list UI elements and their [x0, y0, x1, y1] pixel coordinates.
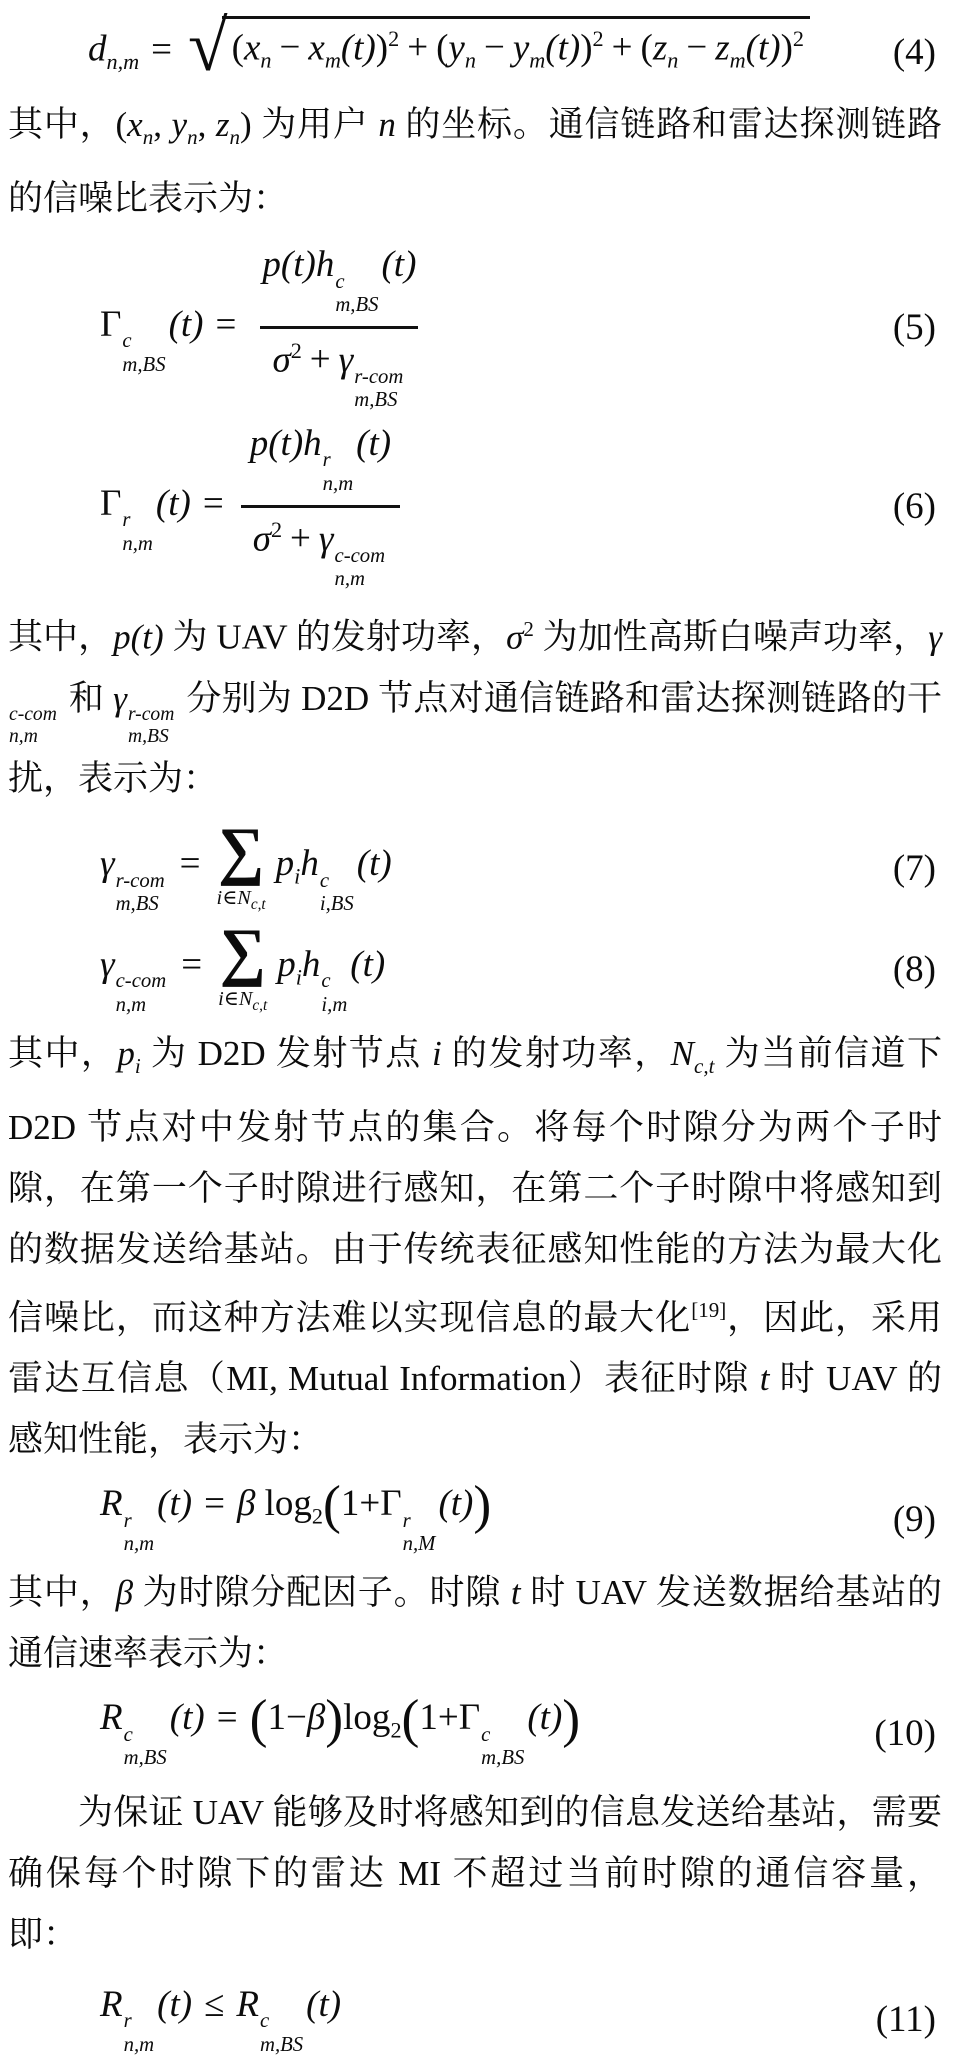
fraction: p(t)hrn,m(t)σ2+γc-comn,m: [238, 420, 403, 593]
math-sup: c-com: [116, 970, 167, 993]
math-var: p: [276, 843, 295, 884]
math-var: R: [236, 1984, 259, 2025]
math-var: R: [100, 1483, 123, 1524]
math-arg: (t): [356, 423, 391, 464]
math-sub: n: [143, 125, 154, 149]
math-arg: (t): [306, 1984, 341, 2025]
fraction: p(t)hcm,BS(t)σ2+γr-comm,BS: [250, 241, 428, 414]
paren: ): [473, 1475, 491, 1535]
math-sub: i,m: [321, 994, 347, 1017]
text-run: 为 D2D 发射节点: [141, 1034, 432, 1073]
paren: ): [781, 27, 793, 68]
math-sub: m,BS: [122, 354, 165, 377]
math-var: x: [127, 105, 143, 144]
math-sup: c: [122, 330, 131, 353]
math-var: h: [300, 843, 319, 884]
text-run: ,: [198, 105, 216, 144]
sum-limit: i∈Nc,t: [217, 888, 266, 912]
math-var: y: [513, 27, 529, 68]
math-var: Γ: [100, 304, 121, 345]
math-sub: n,m: [9, 726, 38, 748]
math-sup: 2: [593, 26, 604, 51]
text-run: 的发射功率，: [442, 1034, 671, 1073]
square-root: √(xn−xm(t))2+(yn−ym(t))2+(zn−zm(t))2: [188, 16, 810, 88]
math-var: z: [216, 105, 230, 144]
math-sup: c-com: [335, 545, 386, 568]
math-sub: n,m: [335, 568, 366, 591]
equation-6-body: Γrn,m(t)=p(t)hrn,m(t)σ2+γc-comn,m: [8, 420, 893, 593]
sigma-icon: ∑: [220, 922, 266, 984]
math-sub: m: [325, 48, 341, 73]
equals-sign: =: [168, 843, 213, 884]
math-var: x: [244, 27, 260, 68]
equation-7: γr-comm,BS=∑i∈Nc,tpihci,BS(t) (7): [8, 821, 942, 916]
math-arg: (t): [170, 1697, 205, 1738]
math-sub: m,BS: [481, 1747, 524, 1770]
math-sub: n,m: [107, 49, 140, 74]
math-sup: c: [124, 1724, 133, 1747]
math-sub: m: [529, 48, 545, 73]
equation-7-body: γr-comm,BS=∑i∈Nc,tpihci,BS(t): [8, 821, 893, 916]
math-arg: (t): [381, 244, 416, 285]
equation-4: dn,m=√(xn−xm(t))2+(yn−ym(t))2+(zn−zm(t))…: [8, 16, 942, 88]
math-var: t: [760, 1359, 770, 1398]
equation-4-body: dn,m=√(xn−xm(t))2+(yn−ym(t))2+(zn−zm(t))…: [8, 16, 893, 88]
equals-sign: =: [191, 483, 236, 524]
text-run: 的坐标。通信链路和雷达探测链路的信噪比表示为：: [8, 105, 942, 218]
paren: (: [232, 27, 244, 68]
math-sub: n: [260, 48, 271, 73]
equation-5-number: (5): [893, 306, 936, 349]
math-var: t: [511, 1573, 521, 1612]
log-operator: log: [343, 1697, 390, 1738]
math-sup: 2: [271, 517, 282, 542]
math-var: p: [250, 423, 269, 464]
math-arg: (t): [438, 1483, 473, 1524]
math-sub: n,m: [122, 533, 153, 556]
math-var: y: [172, 105, 188, 144]
math-sub: n,m: [124, 1533, 155, 1556]
math-var: i: [432, 1034, 442, 1073]
equation-5-body: Γcm,BS(t)=p(t)hcm,BS(t)σ2+γr-comm,BS: [8, 241, 893, 414]
equation-11-body: Rrn,m(t)≤Rcm,BS(t): [8, 1983, 876, 2057]
math-arg: (t): [527, 1697, 562, 1738]
math-sup: c: [321, 970, 330, 993]
math-sub: m,BS: [128, 726, 169, 748]
text-run: 为时隙分配因子。时隙: [133, 1573, 511, 1612]
math-var: γ: [100, 944, 115, 985]
math-sub: m,BS: [124, 1747, 167, 1770]
math-sub: m,BS: [354, 389, 397, 412]
math-sub: i,BS: [320, 893, 354, 916]
paragraph-5: 为保证 UAV 能够及时将感知到的信息发送给基站，需要确保每个时隙下的雷达 MI…: [8, 1782, 942, 1965]
paren: (: [641, 27, 653, 68]
sigma-icon: ∑: [218, 821, 264, 883]
numerator: p(t)hrn,m(t): [238, 420, 403, 505]
minus-sign: −: [272, 27, 309, 68]
text-run: 为保证 UAV 能够及时将感知到的信息发送给基站，需要确保每个时隙下的雷达 MI…: [8, 1793, 942, 1954]
radicand: (xn−xm(t))2+(yn−ym(t))2+(zn−zm(t))2: [222, 16, 810, 74]
equation-10-number: (10): [874, 1712, 936, 1755]
numerator: p(t)hcm,BS(t): [250, 241, 428, 326]
math-sup: r: [122, 509, 130, 532]
math-var: R: [100, 1697, 123, 1738]
element-of-sign: ∈: [222, 887, 237, 909]
math-sup: r: [323, 449, 331, 472]
math-sub: n: [187, 125, 198, 149]
text-run: ,: [153, 105, 171, 144]
math-arg: (t): [156, 483, 191, 524]
text-run: 为加性高斯白噪声功率，: [534, 618, 928, 657]
math-var: y: [448, 27, 464, 68]
math-sub: m,BS: [335, 294, 378, 317]
math-sub: c,t: [251, 896, 266, 913]
text-run: 其中，: [8, 1034, 117, 1073]
math-arg: (t): [281, 244, 316, 285]
math-sub: c,t: [252, 997, 267, 1014]
math-sub: c,t: [694, 1054, 714, 1078]
less-equal-sign: ≤: [192, 1984, 236, 2025]
paren: ): [325, 1689, 343, 1749]
math-sub: n,m: [124, 2034, 155, 2057]
equation-8-body: γc-comn,m=∑i∈Nc,tpihci,m(t): [8, 922, 893, 1017]
equation-8-number: (8): [893, 948, 936, 991]
math-sup: r-com: [128, 704, 174, 726]
math-var: z: [653, 27, 667, 68]
math-var: p: [262, 244, 281, 285]
paragraph-4: 其中，β 为时隙分配因子。时隙 t 时 UAV 发送数据给基站的通信速率表示为：: [8, 1562, 942, 1684]
math-sup: c: [481, 1724, 490, 1747]
math-var: p: [117, 1034, 135, 1073]
math-var: γ: [100, 843, 115, 884]
math-sup: r-com: [116, 870, 165, 893]
math-var: p: [277, 944, 296, 985]
equals-sign: =: [169, 944, 214, 985]
math-var: σ: [272, 339, 290, 380]
math-sub: m,BS: [260, 2034, 303, 2057]
math-sub: 2: [312, 1504, 323, 1529]
math-var: σ: [506, 618, 523, 657]
paren: ): [562, 1689, 580, 1749]
equation-11: Rrn,m(t)≤Rcm,BS(t) (11): [8, 1983, 942, 2057]
math-sup: c: [320, 870, 329, 893]
paren: (: [402, 1689, 420, 1749]
equals-sign: =: [204, 304, 249, 345]
math-sub: m,BS: [116, 893, 159, 916]
math-var: β: [307, 1697, 325, 1738]
math-var: d: [88, 29, 107, 70]
math-sub: n: [667, 48, 678, 73]
text-run: 为当前信道下 D2D 节点对中发射节点的集合。将每个时隙分为两个子时隙，在第一个…: [8, 1034, 942, 1338]
math-arg: (t): [357, 843, 392, 884]
math-sup: 2: [793, 26, 804, 51]
math-arg: (t): [341, 27, 376, 68]
math-arg: (t): [545, 27, 580, 68]
math-sub: m: [730, 48, 746, 73]
math-var: β: [237, 1483, 255, 1524]
math-sup: r: [124, 1510, 132, 1533]
math-var: γ: [339, 339, 354, 380]
text-run: 其中，: [8, 1573, 116, 1612]
text-run: 和: [60, 679, 113, 718]
math-var: Γ: [100, 483, 121, 524]
log-operator: log: [265, 1483, 312, 1524]
summation: ∑i∈Nc,t: [217, 821, 266, 912]
radical-icon: √: [188, 10, 228, 82]
text-run: ) 为用户: [240, 105, 378, 144]
math-arg: (t): [746, 27, 781, 68]
denominator: σ2+γc-comn,m: [241, 505, 400, 593]
math-sub: n: [230, 125, 241, 149]
equation-9: Rrn,m(t)=β log2(1+Γrn,M(t)) (9): [8, 1482, 942, 1556]
math-var: γ: [319, 518, 334, 559]
equation-6-number: (6): [893, 485, 936, 528]
equation-10: Rcm,BS(t)=(1−β)log2(1+Γcm,BS(t)) (10): [8, 1696, 942, 1770]
math-var: Γ: [459, 1697, 480, 1738]
math-sup: c-com: [9, 704, 57, 726]
math-arg: (t): [157, 1483, 192, 1524]
plus-sign: +: [282, 518, 319, 559]
math-arg: (t): [157, 1984, 192, 2025]
text-run: 其中，: [8, 618, 113, 657]
math-var: h: [303, 423, 322, 464]
math-arg: (t): [350, 944, 385, 985]
math-var: h: [302, 944, 321, 985]
math-sup: r-com: [354, 366, 403, 389]
math-var: z: [715, 27, 729, 68]
math-var: N: [237, 887, 251, 909]
equals-sign: =: [139, 29, 184, 70]
math-var: β: [116, 1573, 133, 1612]
math-var: σ: [253, 518, 271, 559]
equation-8: γc-comn,m=∑i∈Nc,tpihci,m(t) (8): [8, 922, 942, 1017]
equation-9-number: (9): [893, 1498, 936, 1541]
math-var: n: [378, 105, 396, 144]
paragraph-3: 其中，pi 为 D2D 发射节点 i 的发射功率，Nc,t 为当前信道下 D2D…: [8, 1023, 942, 1471]
math-sup: r: [124, 2010, 132, 2033]
math-arg: (t): [169, 304, 204, 345]
math-var: x: [308, 27, 324, 68]
math-var: R: [100, 1984, 123, 2025]
summation: ∑i∈Nc,t: [218, 922, 267, 1013]
math-arg: (t): [131, 618, 164, 657]
equals-sign: =: [205, 1697, 250, 1738]
paren: (: [436, 27, 448, 68]
element-of-sign: ∈: [224, 988, 239, 1010]
equation-9-body: Rrn,m(t)=β log2(1+Γrn,M(t)): [8, 1482, 893, 1556]
math-sup: r: [403, 1510, 411, 1533]
equation-7-number: (7): [893, 847, 936, 890]
equation-4-number: (4): [893, 31, 936, 74]
math-sup: c: [260, 2010, 269, 2033]
plus-sign: +: [302, 339, 339, 380]
paragraph-2: 其中，p(t) 为 UAV 的发射功率，σ2 为加性高斯白噪声功率，γc-com…: [8, 599, 942, 809]
math-sup: 2: [523, 617, 534, 641]
math-sub: 2: [390, 1718, 401, 1743]
paren: (: [323, 1475, 341, 1535]
paren: ): [580, 27, 592, 68]
math-var: N: [239, 988, 253, 1010]
text-run: 其中，(: [8, 105, 127, 144]
math-var: γ: [928, 618, 942, 657]
minus-sign: −: [476, 27, 513, 68]
equation-6: Γrn,m(t)=p(t)hrn,m(t)σ2+γc-comn,m (6): [8, 420, 942, 593]
math-sup: c: [335, 271, 344, 294]
math-sup: 2: [388, 26, 399, 51]
text-run: 为 UAV 的发射功率，: [164, 618, 506, 657]
math-arg: (t): [268, 423, 303, 464]
math-var: γ: [113, 679, 127, 718]
math-var: Γ: [380, 1483, 401, 1524]
plus-sign: +: [399, 27, 436, 68]
math-var: p: [113, 618, 131, 657]
math-var: N: [671, 1034, 694, 1073]
math-var: h: [316, 244, 335, 285]
plus-sign: +: [604, 27, 641, 68]
math-const: 1+: [419, 1697, 458, 1738]
equation-10-body: Rcm,BS(t)=(1−β)log2(1+Γcm,BS(t)): [8, 1696, 874, 1770]
paragraph-1: 其中，(xn, yn, zn) 为用户 n 的坐标。通信链路和雷达探测链路的信噪…: [8, 94, 942, 229]
math-const: 1−: [267, 1697, 306, 1738]
math-sub: n,m: [116, 994, 147, 1017]
citation-ref: [19]: [691, 1298, 726, 1322]
sum-limit: i∈Nc,t: [218, 989, 267, 1013]
equals-sign: =: [192, 1483, 237, 1524]
minus-sign: −: [678, 27, 715, 68]
math-sub: n,m: [323, 473, 354, 496]
equation-11-number: (11): [876, 1998, 936, 2041]
math-sup: 2: [291, 338, 302, 363]
math-const: 1+: [341, 1483, 380, 1524]
paren: ): [376, 27, 388, 68]
math-sub: n,M: [403, 1533, 436, 1556]
equation-5: Γcm,BS(t)=p(t)hcm,BS(t)σ2+γr-comm,BS (5): [8, 241, 942, 414]
math-sub: n: [465, 48, 476, 73]
denominator: σ2+γr-comm,BS: [260, 326, 418, 414]
document-page: dn,m=√(xn−xm(t))2+(yn−ym(t))2+(zn−zm(t))…: [0, 0, 960, 2071]
